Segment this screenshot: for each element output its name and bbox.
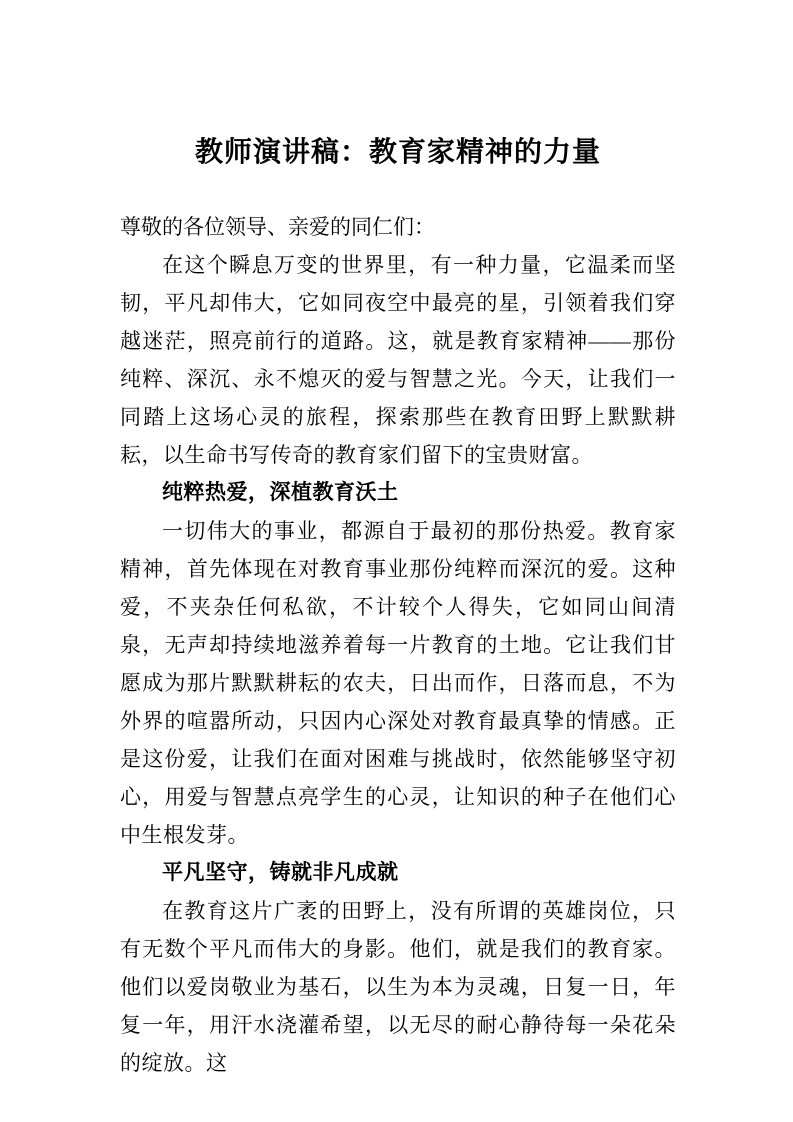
body-paragraph-intro: 在这个瞬息万变的世界里，有一种力量，它温柔而坚韧，平凡却伟大，它如同夜空中最亮的… xyxy=(120,246,676,474)
document-page: 教师演讲稿：教育家精神的力量 尊敬的各位领导、亲爱的同仁们： 在这个瞬息万变的世… xyxy=(0,0,793,1122)
body-paragraph-section-1: 一切伟大的事业，都源自于最初的那份热爱。教育家精神，首先体现在对教育事业那份纯粹… xyxy=(120,512,676,854)
section-heading-2: 平凡坚守，铸就非凡成就 xyxy=(120,854,676,892)
body-paragraph-section-2: 在教育这片广袤的田野上，没有所谓的英雄岗位，只有无数个平凡而伟大的身影。他们，就… xyxy=(120,892,676,1082)
section-heading-1: 纯粹热爱，深植教育沃土 xyxy=(120,474,676,512)
document-title: 教师演讲稿：教育家精神的力量 xyxy=(120,132,676,174)
salutation-line: 尊敬的各位领导、亲爱的同仁们： xyxy=(120,208,676,246)
